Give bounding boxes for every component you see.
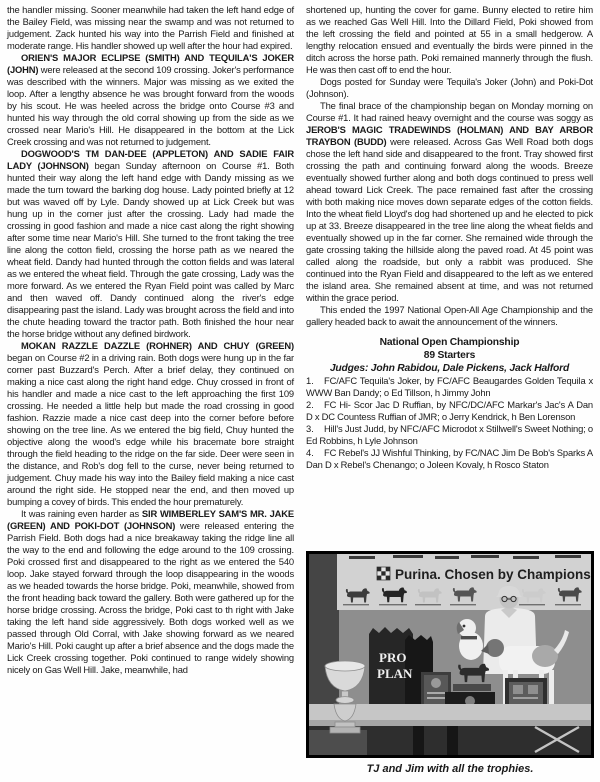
dog-head: [486, 639, 504, 657]
photo-frame: Purina. Chosen by Champions.: [306, 551, 594, 758]
placement-text: Hill's Just Judd, by NFC/AFC Microdot x …: [306, 423, 593, 446]
column-left: the handler missing. Sooner meanwhile ha…: [7, 4, 294, 676]
placement-text: FC Rebel's JJ Wishful Thinking, by FC/NA…: [306, 447, 593, 470]
column-right-text: shortened up, hunting the cover for game…: [306, 4, 593, 328]
paragraph: This ended the 1997 National Open-All Ag…: [306, 304, 593, 328]
banner-text: Purina. Chosen by Champions.: [395, 567, 591, 582]
svg-text:PRO: PRO: [379, 650, 406, 665]
placement-number: 1.: [306, 375, 316, 387]
placement-list: 1.FC/AFC Tequila's Joker, by FC/AFC Beau…: [306, 375, 593, 471]
body-text: shortened up, hunting the cover for game…: [306, 4, 593, 75]
magazine-page: the handler missing. Sooner meanwhile ha…: [0, 0, 600, 782]
dog-collar: [461, 636, 477, 639]
body-text: began Sunday afternoon on Course #1. Bot…: [7, 160, 294, 339]
paragraph: the handler missing. Sooner meanwhile ha…: [7, 4, 294, 52]
purina-checkerboard-logo: [377, 567, 390, 580]
body-text: The final brace of the championship bega…: [306, 100, 593, 123]
results-title: National Open Championship: [306, 337, 593, 350]
paragraph: The final brace of the championship bega…: [306, 100, 593, 304]
placement-text: FC Hi- Scor Jac D Ruffian, by NFC/DC/AFC…: [306, 399, 593, 422]
table-leg: [447, 726, 458, 755]
placement-item: 2.FC Hi- Scor Jac D Ruffian, by NFC/DC/A…: [306, 399, 593, 423]
results-judges: Judges: John Rabidou, Dale Pickens, Jack…: [306, 362, 593, 375]
svg-text:PLAN: PLAN: [377, 666, 413, 681]
placement-number: 4.: [306, 447, 316, 459]
paragraph: ORIEN'S MAJOR ECLIPSE (SMITH) AND TEQUIL…: [7, 52, 294, 148]
results-starters: 89 Starters: [306, 350, 593, 363]
body-text: were released entering the Parrish Field…: [7, 520, 294, 675]
results-block: National Open Championship 89 Starters J…: [306, 337, 593, 471]
purina-banner: Purina. Chosen by Champions.: [337, 554, 591, 610]
paragraph: Dogs posted for Sunday were Tequila's Jo…: [306, 76, 593, 100]
body-text: were released. Across Gas Well Road both…: [306, 136, 593, 303]
trophy-photo: Purina. Chosen by Champions.: [309, 554, 591, 755]
column-right: shortened up, hunting the cover for game…: [306, 4, 593, 471]
paragraph: It was raining even harder as SIR WIMBER…: [7, 508, 294, 676]
body-text: This ended the 1997 National Open-All Ag…: [306, 304, 593, 327]
wall-panel: [309, 554, 339, 714]
body-text: began on Course #2 in a driving rain. Bo…: [7, 352, 294, 507]
paragraph: shortened up, hunting the cover for game…: [306, 4, 593, 76]
body-text: It was raining even harder as: [21, 508, 142, 519]
photo-caption: TJ and Jim with all the trophies.: [306, 763, 594, 775]
placement-item: 3.Hill's Just Judd, by NFC/AFC Microdot …: [306, 423, 593, 447]
front-bench: [309, 730, 367, 755]
table-leg: [413, 726, 424, 755]
body-text: the handler missing. Sooner meanwhile ha…: [7, 4, 294, 51]
brace-heading: MOKAN RAZZLE DAZZLE (ROHNER) AND CHUY (G…: [21, 340, 294, 351]
placement-item: 1.FC/AFC Tequila's Joker, by FC/AFC Beau…: [306, 375, 593, 399]
placement-number: 2.: [306, 399, 316, 411]
paragraph: DOGWOOD'S TM DAN-DEE (APPLETON) AND SADI…: [7, 148, 294, 340]
paragraph: MOKAN RAZZLE DAZZLE (ROHNER) AND CHUY (G…: [7, 340, 294, 508]
body-text: were released at the second 109 crossing…: [7, 64, 294, 147]
placement-item: 4.FC Rebel's JJ Wishful Thinking, by FC/…: [306, 447, 593, 471]
body-text: Dogs posted for Sunday were Tequila's Jo…: [306, 76, 593, 99]
dog-body-patch: [532, 645, 558, 667]
placement-number: 3.: [306, 423, 316, 435]
placement-text: FC/AFC Tequila's Joker, by FC/AFC Beauga…: [306, 375, 593, 398]
